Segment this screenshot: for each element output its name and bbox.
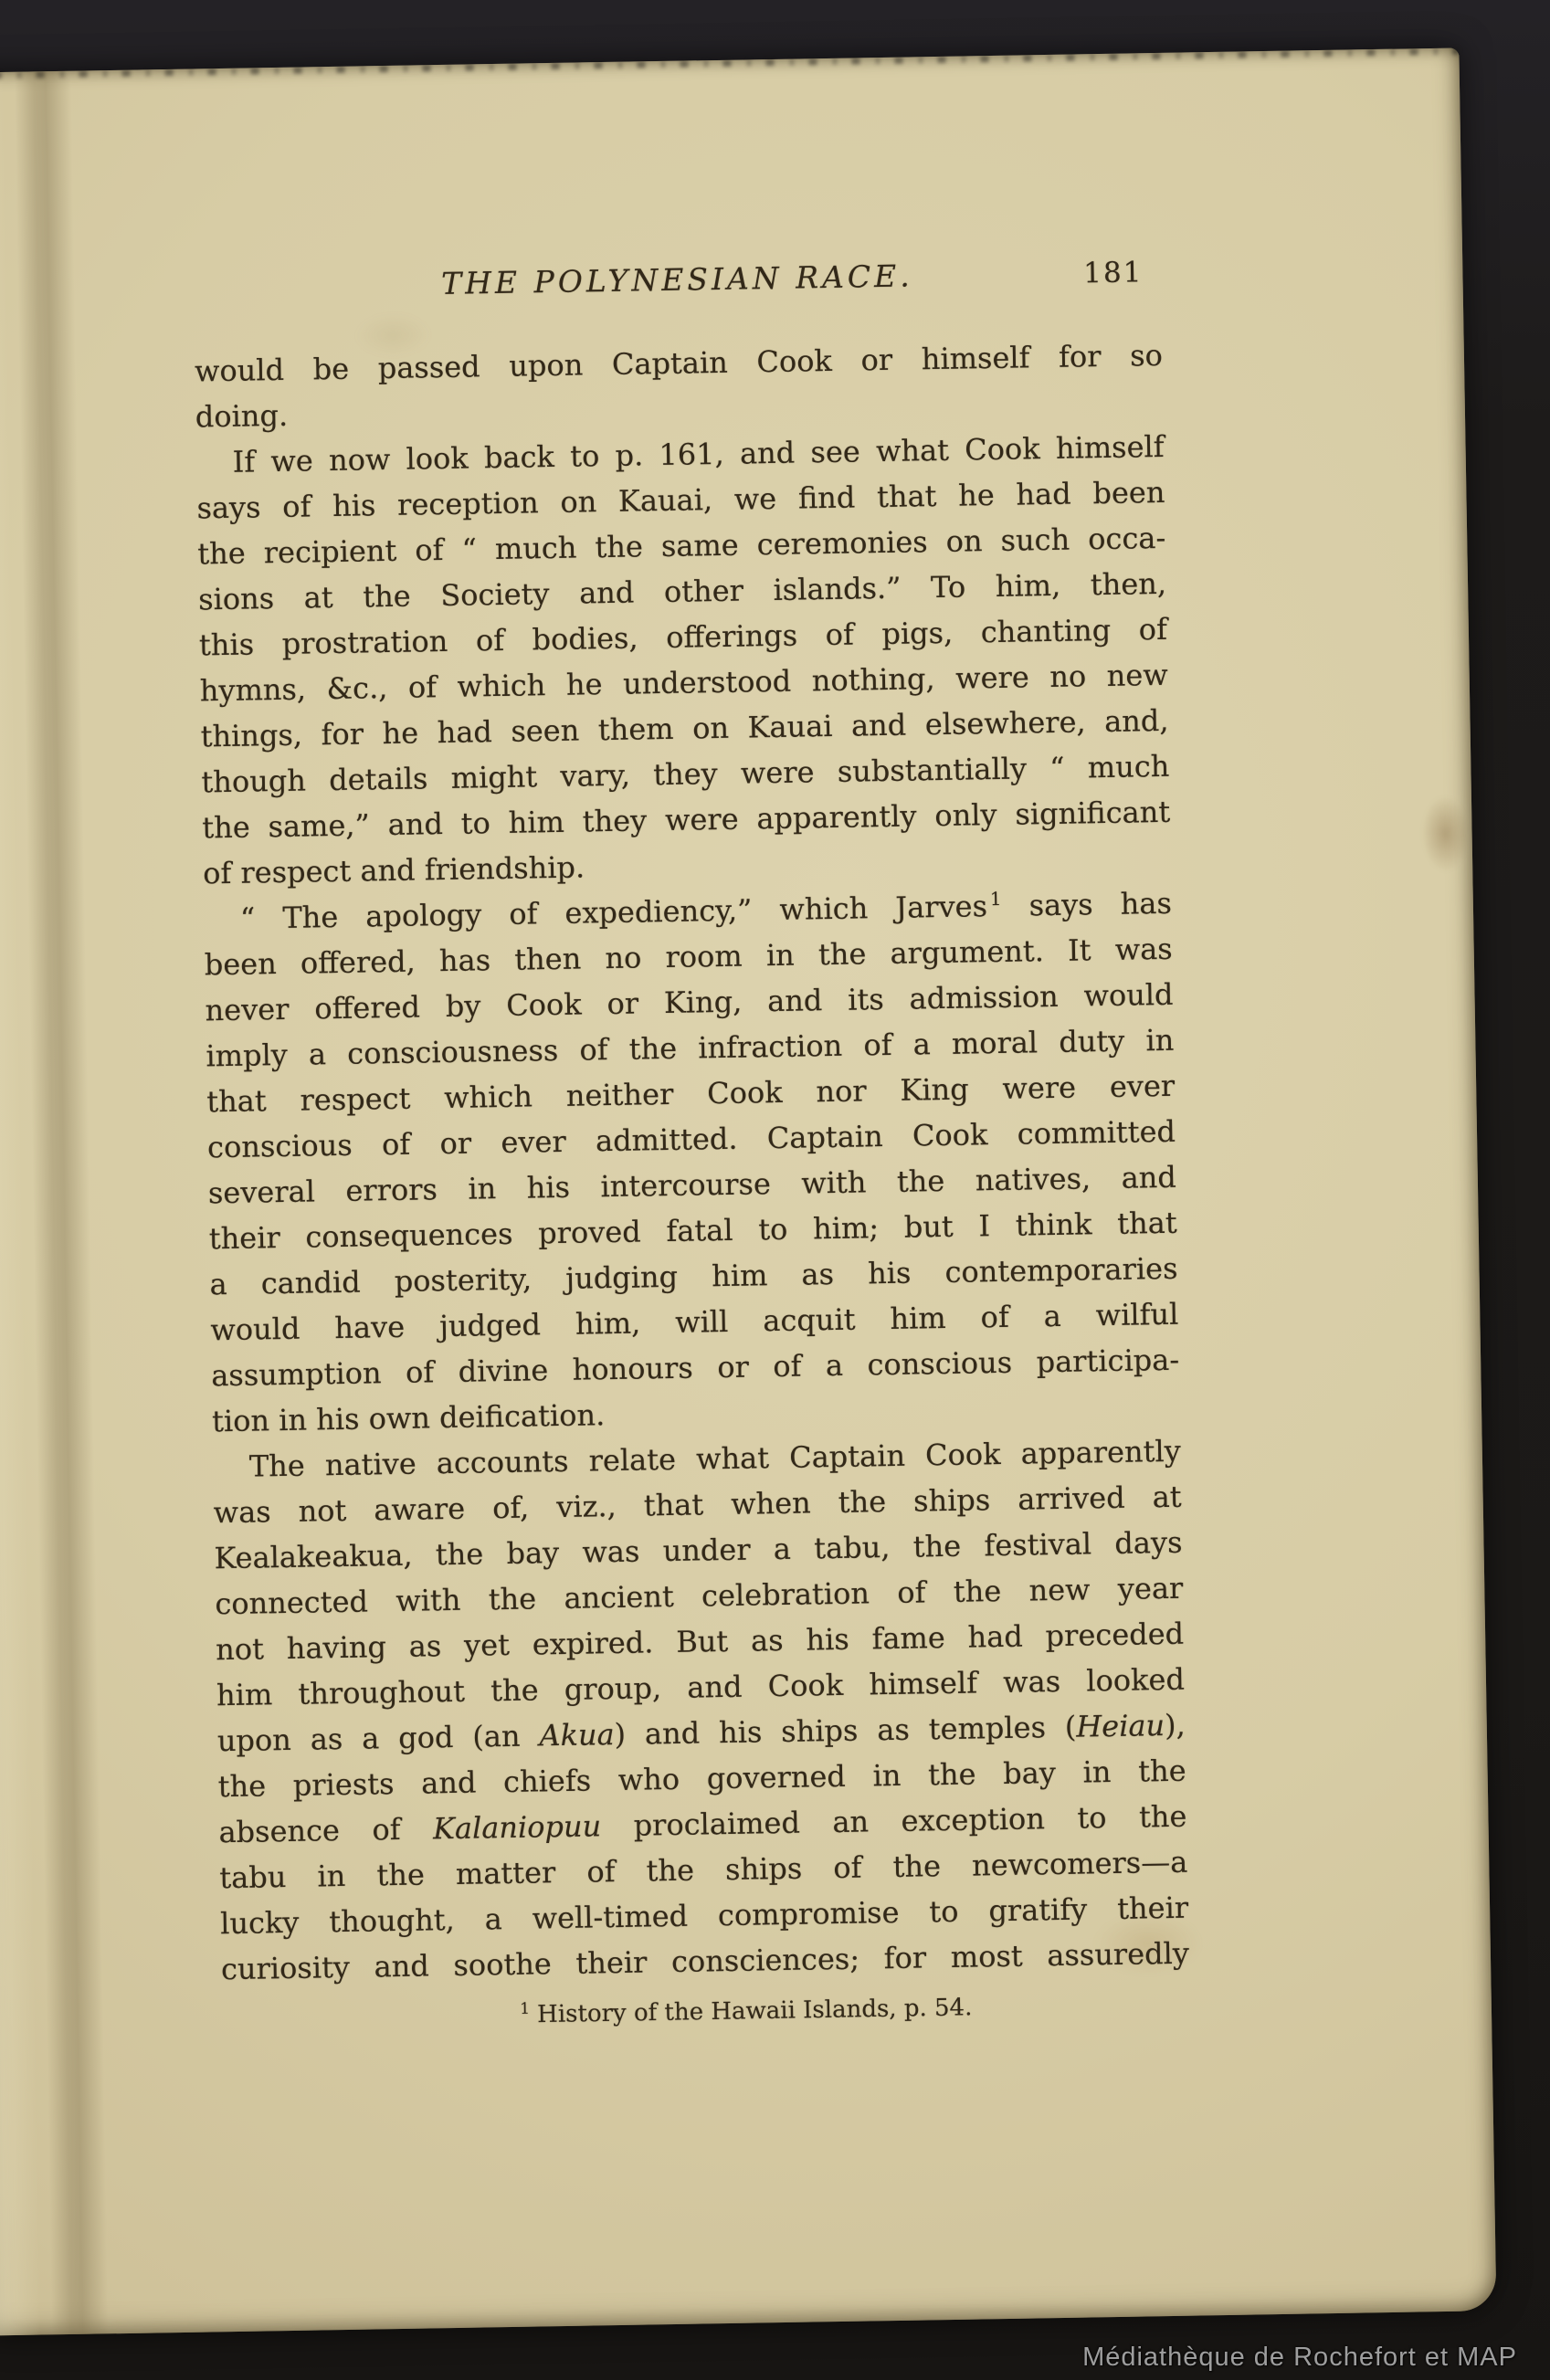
page-number: 181 <box>1083 252 1144 293</box>
body-text: would be passed upon Captain Cook or him… <box>195 332 1190 1992</box>
page-header-title: THE POLYNESIAN RACE. <box>193 252 1162 309</box>
paper-stain <box>1411 778 1481 889</box>
book-page: THE POLYNESIAN RACE. 181 would be passed… <box>0 47 1496 2335</box>
footnote-text: History of the Hawaii Islands, p. 54. <box>537 1994 973 2028</box>
running-header: THE POLYNESIAN RACE. 181 <box>193 252 1162 309</box>
watermark-label: Médiathèque de Rochefort et MAP <box>1082 2343 1517 2373</box>
footnote-marker: 1 <box>520 1999 530 2017</box>
page-content: THE POLYNESIAN RACE. 181 would be passed… <box>190 53 1158 69</box>
scanned-book-photo: THE POLYNESIAN RACE. 181 would be passed… <box>0 0 1550 2380</box>
